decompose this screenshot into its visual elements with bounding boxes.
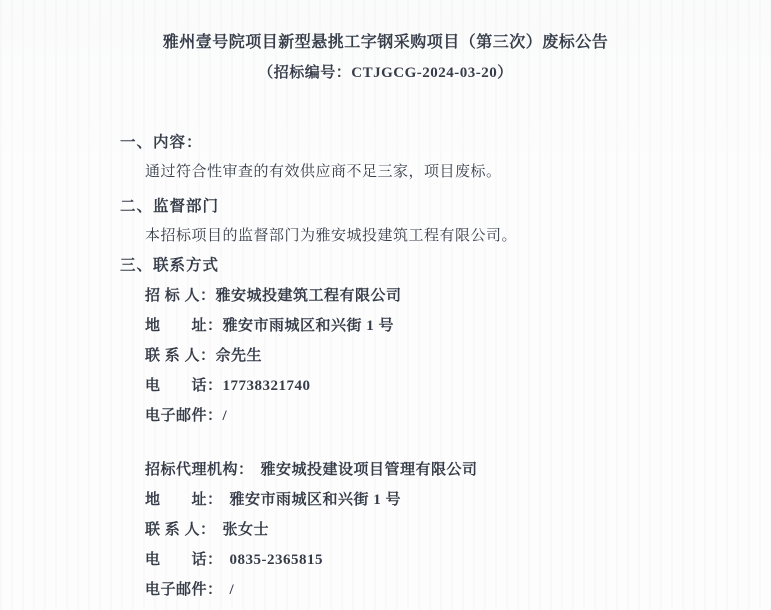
contact-row-agency-name: 招标代理机构：雅安城投建设项目管理有限公司 (145, 462, 771, 479)
contact-label: 招 标 人： (145, 288, 216, 304)
contact-row-tenderer-address: 地 址：雅安市雨城区和兴街 1 号 (145, 318, 771, 335)
section-heading-content: 一、内容： (120, 134, 771, 152)
contact-label: 招标代理机构： (145, 462, 254, 478)
contact-row-agency-address: 地 址：雅安市雨城区和兴街 1 号 (145, 492, 771, 509)
contact-row-agency-person: 联 系 人：张女士 (145, 522, 771, 539)
contact-label: 联 系 人： (145, 522, 216, 538)
agency-contact-block: 招标代理机构：雅安城投建设项目管理有限公司 地 址：雅安市雨城区和兴街 1 号 … (145, 462, 771, 599)
contact-value: 雅安市雨城区和兴街 1 号 (223, 318, 395, 334)
contact-value: / (223, 408, 228, 424)
page-title: 雅州壹号院项目新型悬挑工字钢采购项目（第三次）废标公告 (60, 33, 711, 52)
contact-label: 联 系 人： (145, 348, 216, 364)
contact-value: 17738321740 (223, 378, 311, 394)
contact-row-tenderer-phone: 电 话：17738321740 (145, 378, 771, 395)
contact-value: 雅安市雨城区和兴街 1 号 (230, 492, 402, 508)
tenderer-contact-block: 招 标 人：雅安城投建筑工程有限公司 地 址：雅安市雨城区和兴街 1 号 联 系… (145, 288, 771, 425)
contact-label: 电 话： (145, 378, 223, 394)
section-heading-contact: 三、联系方式 (120, 257, 771, 275)
contact-label: 电子邮件： (145, 408, 223, 424)
contact-value: 张女士 (223, 522, 270, 538)
section-body-content: 通过符合性审查的有效供应商不足三家，项目废标。 (145, 164, 771, 181)
contact-row-tenderer-email: 电子邮件：/ (145, 408, 771, 425)
contact-value: 0835-2365815 (230, 552, 324, 568)
contact-label: 电子邮件： (145, 582, 223, 598)
section-heading-supervisor: 二、监督部门 (120, 198, 771, 216)
section-body-supervisor: 本招标项目的监督部门为雅安城投建筑工程有限公司。 (145, 228, 771, 245)
contact-value: 雅安城投建筑工程有限公司 (216, 288, 402, 304)
contact-label: 地 址： (145, 318, 223, 334)
contact-row-tenderer-person: 联 系 人：佘先生 (145, 348, 771, 365)
contact-label: 地 址： (145, 492, 223, 508)
contact-value: 雅安城投建设项目管理有限公司 (261, 462, 478, 478)
contact-row-agency-email: 电子邮件：/ (145, 582, 771, 599)
contact-value: 佘先生 (216, 348, 263, 364)
contact-value: / (230, 582, 235, 598)
contact-label: 电 话： (145, 552, 223, 568)
contact-row-agency-phone: 电 话：0835-2365815 (145, 552, 771, 569)
bid-number: （招标编号：CTJGCG-2024-03-20） (0, 64, 771, 82)
contact-row-tenderer-name: 招 标 人：雅安城投建筑工程有限公司 (145, 288, 771, 305)
document-page: 雅州壹号院项目新型悬挑工字钢采购项目（第三次）废标公告 （招标编号：CTJGCG… (0, 0, 771, 610)
